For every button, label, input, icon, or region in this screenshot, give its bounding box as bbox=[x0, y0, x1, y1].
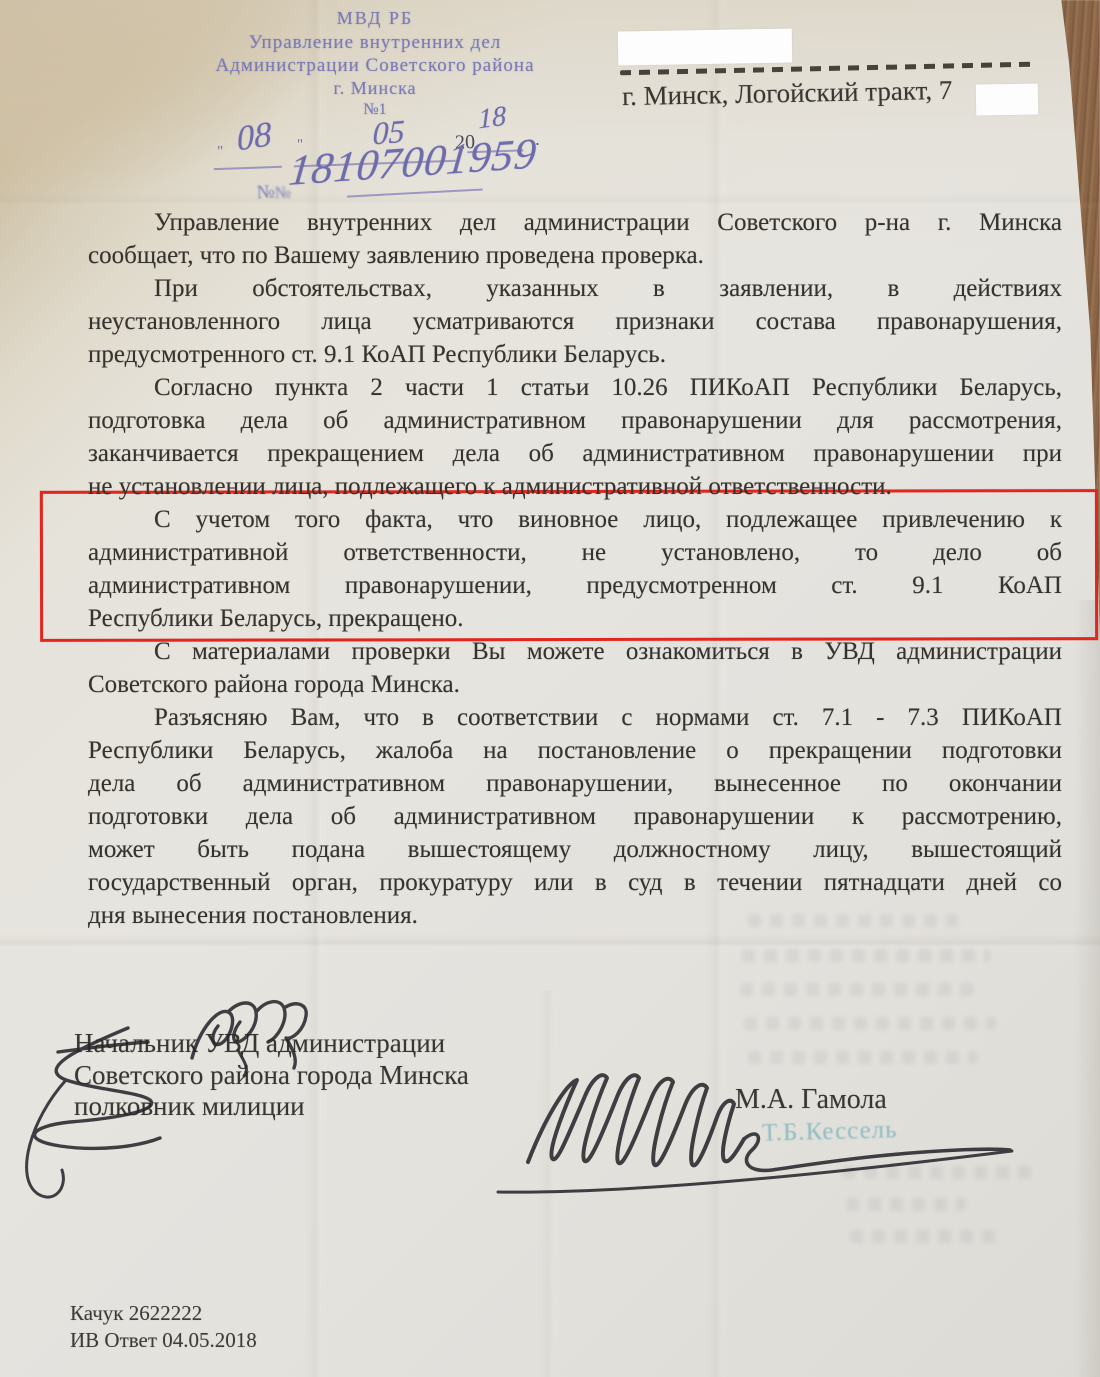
body-line: Республики Беларусь, прекращено. bbox=[88, 602, 1062, 635]
body-line: Республики Беларусь, жалоба на постановл… bbox=[88, 734, 1062, 767]
letter-body: Управление внутренних дел администрации … bbox=[88, 206, 1062, 932]
cosigner-name-stamp: Т.Б.Кессель bbox=[762, 1116, 898, 1148]
footer-line: Качук 2622222 bbox=[70, 1300, 257, 1327]
footer: Качук 2622222 ИВ Ответ 04.05.2018 bbox=[70, 1300, 257, 1354]
bleedthrough-line bbox=[846, 1198, 966, 1211]
body-line: заканчивается прекращением дела об админ… bbox=[88, 437, 1062, 470]
body-line: предусмотренного ст. 9.1 КоАП Республики… bbox=[88, 338, 1062, 371]
body-line: С материалами проверки Вы можете ознаком… bbox=[88, 635, 1062, 668]
bleedthrough-line bbox=[740, 983, 976, 996]
paragraph: С материалами проверки Вы можете ознаком… bbox=[88, 635, 1062, 701]
body-line: административном правонарушении, предусм… bbox=[88, 569, 1062, 602]
bleedthrough-line bbox=[742, 949, 990, 962]
body-line: государственный орган, прокуратуру или в… bbox=[88, 866, 1062, 899]
body-line: сообщает, что по Вашему заявлению провед… bbox=[88, 239, 1062, 272]
signatory-title-line: полковник милиции bbox=[74, 1091, 469, 1123]
body-line: Советского района города Минска. bbox=[88, 668, 1062, 701]
paragraph: Согласно пункта 2 части 1 статьи 10.26 П… bbox=[88, 371, 1062, 503]
signatory-title: Начальник УВД администрации Советского р… bbox=[74, 1028, 469, 1123]
paper-edge-shadow bbox=[1074, 600, 1100, 1377]
sender-stamp: МВД РБ Управление внутренних дел Админис… bbox=[170, 8, 580, 123]
stamp-line: г. Минска bbox=[170, 78, 580, 101]
recipient-address: г. Минск, Логойский тракт, 7 bbox=[622, 75, 953, 112]
paragraph-highlighted: С учетом того факта, что виновное лицо, … bbox=[88, 503, 1062, 635]
body-line: подготовка дела об административном прав… bbox=[88, 404, 1062, 437]
body-line: административной ответственности, не уст… bbox=[88, 536, 1062, 569]
redaction-box bbox=[618, 28, 793, 65]
body-line: не установлении лица, подлежащего к адми… bbox=[88, 470, 1062, 503]
footer-line: ИВ Ответ 04.05.2018 bbox=[70, 1327, 257, 1354]
body-line: Управление внутренних дел администрации … bbox=[88, 206, 1062, 239]
body-line: подготовки дела об административном прав… bbox=[88, 800, 1062, 833]
signatory-name: М.А. Гамола bbox=[735, 1084, 887, 1116]
number-sign: № bbox=[256, 181, 273, 204]
body-line: дела об административном правонарушении,… bbox=[88, 767, 1062, 800]
body-line: неустановленного лица усматриваются приз… bbox=[88, 305, 1062, 338]
bleedthrough-line bbox=[850, 1230, 1000, 1243]
paragraph: При обстоятельствах, указанных в заявлен… bbox=[88, 272, 1062, 371]
body-line: Согласно пункта 2 части 1 статьи 10.26 П… bbox=[88, 371, 1062, 404]
paragraph: Разъясняю Вам, что в соответствии с норм… bbox=[88, 701, 1062, 932]
quote-mark: " bbox=[217, 144, 224, 161]
stamp-line: МВД РБ bbox=[170, 8, 580, 32]
bleedthrough-line bbox=[842, 1166, 1032, 1179]
bleedthrough-line bbox=[748, 914, 958, 927]
bleedthrough-line bbox=[748, 1051, 978, 1064]
body-line: При обстоятельствах, указанных в заявлен… bbox=[88, 272, 1062, 305]
scanned-letter-photo: { "document": { "sender_stamp": { "lines… bbox=[0, 0, 1100, 1377]
body-line: Разъясняю Вам, что в соответствии с норм… bbox=[88, 701, 1062, 734]
body-line: может быть подана вышестоящему должностн… bbox=[88, 833, 1062, 866]
stamp-line: Администрации Советского района bbox=[170, 55, 580, 78]
redaction-box bbox=[976, 83, 1039, 115]
signatory-title-line: Начальник УВД администрации bbox=[74, 1028, 469, 1060]
stamp-line: Управление внутренних дел bbox=[170, 32, 580, 55]
paragraph: Управление внутренних дел администрации … bbox=[88, 206, 1062, 272]
body-line: С учетом того факта, что виновное лицо, … bbox=[88, 503, 1062, 536]
signatory-title-line: Советского района города Минска bbox=[74, 1060, 469, 1092]
bleedthrough-line bbox=[744, 1017, 996, 1030]
